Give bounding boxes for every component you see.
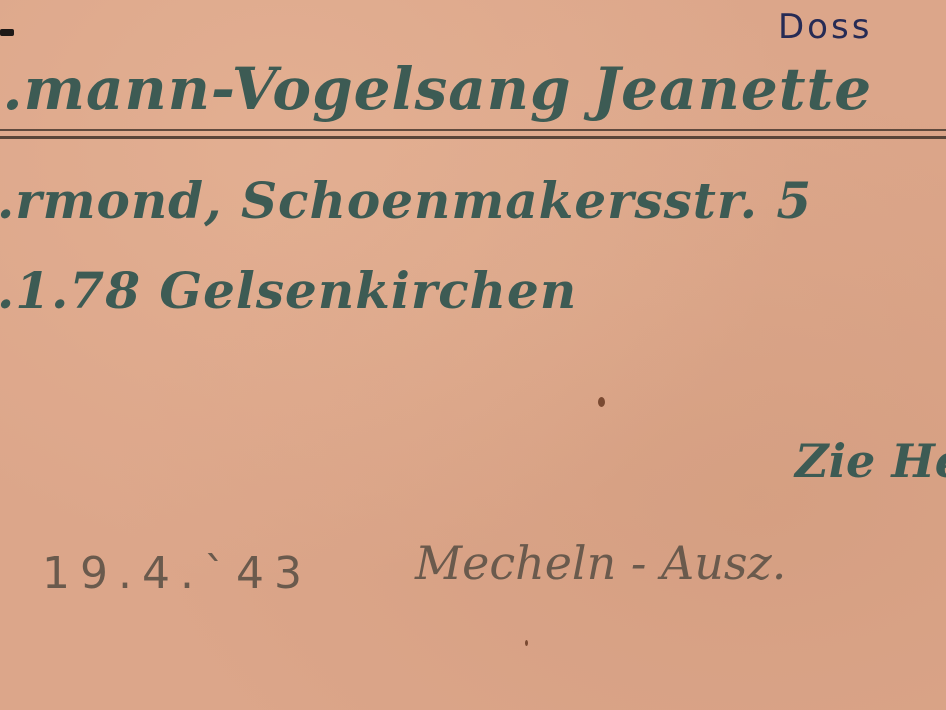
- left-edge-mark: [0, 29, 14, 36]
- pencil-note: Mecheln - Ausz.: [415, 540, 786, 586]
- paper-fleck: [525, 640, 528, 646]
- doss-annotation: Doss: [778, 10, 872, 44]
- underline-thick: [0, 136, 946, 139]
- address-line: ...rmond, Schoenmakersstr. 5: [0, 176, 812, 226]
- birth-line: ...1.78 Gelsenkirchen: [0, 266, 577, 316]
- archival-index-card: Doss ...mann-Vogelsang Jeanette ...rmond…: [0, 0, 946, 710]
- name-line: ...mann-Vogelsang Jeanette: [0, 60, 872, 118]
- paper-spot: [598, 397, 605, 407]
- pencil-date: 19.4.`43: [42, 552, 312, 596]
- side-note: Zie He...: [795, 438, 946, 484]
- underline-thin: [0, 129, 946, 131]
